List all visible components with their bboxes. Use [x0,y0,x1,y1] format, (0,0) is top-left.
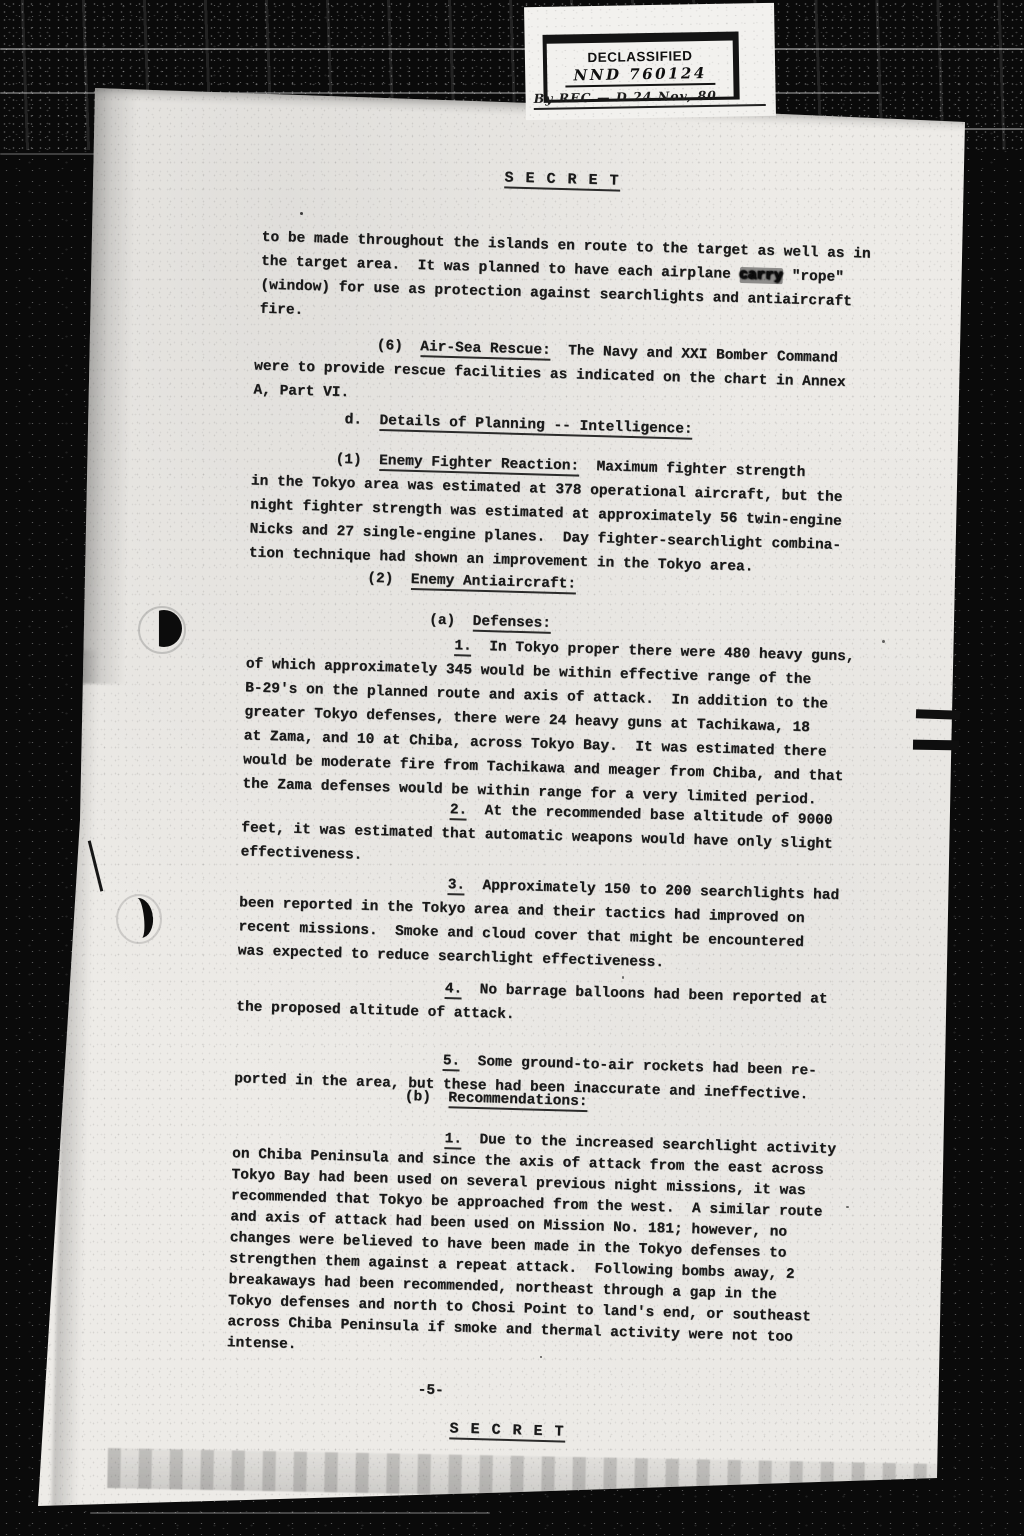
text-line: S E C R E T [449,1417,565,1444]
page-edge-shadow-left-lower [51,650,106,1511]
text-line: (b) Recommendations: [404,1085,587,1114]
item-1-tokyo-guns: 1. In Tokyo proper there were 480 heavy … [242,628,855,813]
ink-speck [330,1076,332,1078]
underlined-text: 4. [445,981,463,999]
underlined-text: 2. [450,802,468,820]
ink-speck [882,640,885,643]
classification-footer: S E C R E T [449,1417,565,1444]
text-segment: Maximum fighter strength [579,459,806,481]
underlined-text: 5. [443,1053,461,1071]
ink-speck [758,522,760,524]
text-segment: (1) [335,452,379,469]
document-page: S E C R E Tto be made throughout the isl… [0,0,1024,1536]
underlined-text: Details of Planning -- Intelligence: [379,413,693,440]
underlined-text: 3. [447,877,465,895]
heading-b-recommendations: (b) Recommendations: [404,1085,587,1114]
ink-speck [622,976,624,979]
text-segment: -5- [417,1382,444,1399]
item-4-barrage-balloons: 4. No barrage balloons had been reported… [236,971,828,1035]
page-edge-shadow-left [70,83,139,684]
paragraph-continuation: to be made throughout the islands en rou… [259,226,871,339]
underlined-text: 1. [444,1131,462,1149]
text-line: S E C R E T [504,166,620,193]
edge-mark-right-1 [916,709,960,720]
text-segment: the proposed altitude of attack. [236,999,515,1023]
text-line: (2) Enemy Antiaircraft: [367,567,576,597]
text-segment: A, Part VI. [253,382,349,401]
item-3-searchlights: 3. Approximately 150 to 200 searchlights… [237,867,839,980]
underlined-text: Defenses: [472,614,551,634]
text-segment: effectiveness. [240,844,362,863]
smudged-text: carry [739,267,783,284]
underlined-text: S E C R E T [504,169,620,191]
heading-a-defenses: (a) Defenses: [429,608,551,635]
heading-2-enemy-antiaircraft: (2) Enemy Antiaircraft: [367,567,576,597]
item-2-base-altitude: 2. At the recommended base altitude of 9… [240,792,833,880]
text-segment: (2) [367,571,411,588]
underlined-text: Air-Sea Rescue: [420,339,551,361]
scratch-line [0,48,1024,50]
section-1-enemy-fighter-reaction: (1) Enemy Fighter Reaction: Maximum figh… [249,445,844,581]
ink-speck [540,1356,542,1358]
scratch-line [90,1512,490,1514]
text-line: -5- [417,1378,444,1403]
text-segment: fire. [259,302,303,319]
item-1-recommendation-route: 1. Due to the increased searchlight acti… [227,1123,837,1371]
text-segment: "rope" [783,268,844,286]
ink-speck [300,212,303,215]
text-segment: (6) [376,338,420,355]
page-number: -5- [417,1378,444,1403]
text-segment: (b) [405,1089,449,1106]
text-segment: (a) [429,612,473,629]
edge-mark-right-2 [913,740,959,751]
text-segment: intense. [227,1335,297,1353]
stamp-byline: By REC — D 24 Nov, 80 [533,87,765,110]
ink-speck [268,762,270,764]
declassified-stamp: DECLASSIFIED NND 760124 By REC — D 24 No… [524,3,776,120]
text-segment: d. [344,412,379,429]
underlined-text: Recommendations: [448,1090,588,1112]
classification-header: S E C R E T [504,166,620,193]
typewritten-content: S E C R E Tto be made throughout the isl… [203,155,940,1514]
text-line: (a) Defenses: [429,608,551,635]
underlined-text: S E C R E T [449,1420,565,1442]
ink-speck [846,1206,849,1208]
underlined-text: 1. [454,638,472,656]
stamp-nnd-number: NND 760124 [565,64,715,88]
scan-background: S E C R E Tto be made throughout the isl… [0,0,1024,1536]
underlined-text: Enemy Antiaircraft: [410,572,576,595]
section-6-air-sea-rescue: (6) Air-Sea Rescue: The Navy and XXI Bom… [253,330,846,418]
